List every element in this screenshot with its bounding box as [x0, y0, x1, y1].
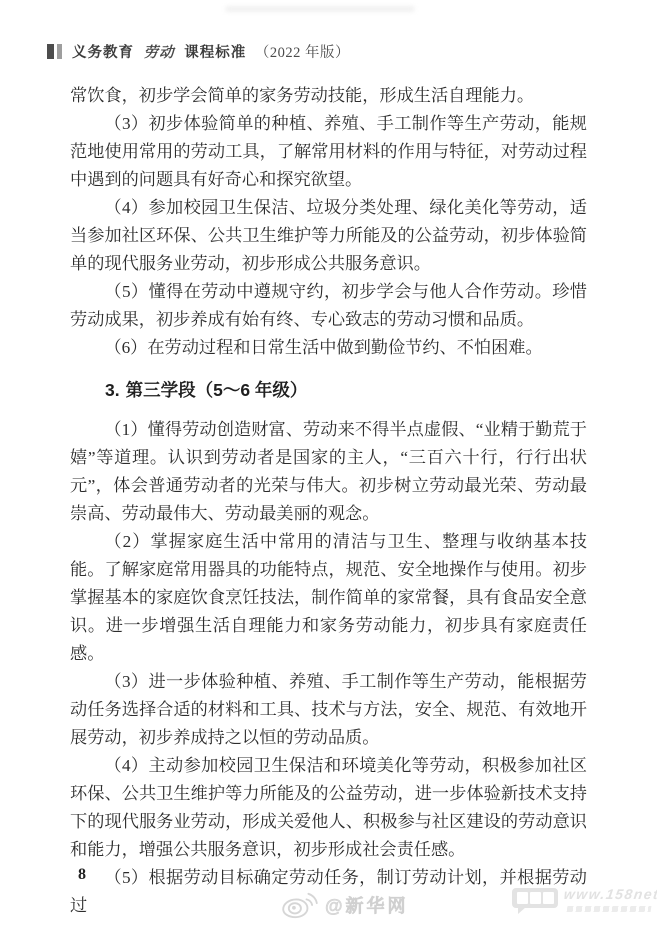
site-watermark-subline — [567, 906, 652, 912]
section-heading: 3.第三学段（5～6 年级） — [70, 376, 587, 404]
site-logo-badge — [512, 888, 558, 908]
section-heading-number: 3. — [105, 380, 120, 400]
site-watermark: www.158net — [512, 884, 657, 920]
document-page: { "header": { "series": "义务教育", "subject… — [0, 0, 657, 927]
paragraph: （2）掌握家庭生活中常用的清洁与卫生、整理与收纳基本技能。了解家庭常用器具的功能… — [70, 528, 587, 668]
paragraph: （6）在劳动过程和日常生活中做到勤俭节约、不怕困难。 — [70, 334, 587, 362]
scan-artifact — [225, 6, 415, 12]
paragraph: （4）参加校园卫生保洁、垃圾分类处理、绿化美化等劳动，适当参加社区环保、公共卫生… — [70, 194, 587, 278]
weibo-logo-icon — [281, 891, 319, 919]
header-edition: （2022 年版） — [255, 45, 350, 61]
header-bar-light-icon — [57, 44, 62, 59]
continuation-paragraph: 常饮食，初步学会简单的家务劳动技能，形成生活自理能力。 — [70, 82, 587, 110]
header-doc-type: 课程标准 — [184, 45, 246, 61]
site-url-text: www.158net — [563, 886, 657, 902]
weibo-watermark: @新华网 — [281, 891, 409, 919]
header-subject: 劳动 — [144, 45, 175, 61]
paragraph: （3）初步体验简单的种植、养殖、手工制作等生产劳动，能规范地使用常用的劳动工具，… — [70, 110, 587, 194]
paragraph: （1）懂得劳动创造财富、劳动来不得半点虚假、“业精于勤荒于嬉”等道理。认识到劳动… — [70, 416, 587, 528]
paragraph: （3）进一步体验种植、养殖、手工制作等生产劳动，能根据劳动任务选择合适的材料和工… — [70, 668, 587, 752]
page-body: 常饮食，初步学会简单的家务劳动技能，形成生活自理能力。 （3）初步体验简单的种植… — [70, 82, 587, 920]
section-heading-title: 第三学段（5～6 年级） — [126, 380, 308, 400]
header-bar-dark-icon — [47, 44, 54, 59]
header-series: 义务教育 — [72, 45, 134, 61]
header-title: 义务教育 劳动 课程标准 （2022 年版） — [72, 41, 350, 62]
site-logo-glyphs — [517, 892, 554, 904]
running-header: 义务教育 劳动 课程标准 （2022 年版） — [47, 42, 350, 60]
page-number: 8 — [78, 866, 86, 884]
paragraph: （5）懂得在劳动中遵规守约，初步学会与他人合作劳动。珍惜劳动成果，初步养成有始有… — [70, 278, 587, 334]
paragraph: （4）主动参加校园卫生保洁和环境美化等劳动，积极参加社区环保、公共卫生维护等力所… — [70, 752, 587, 864]
weibo-handle-text: @新华网 — [325, 892, 409, 918]
